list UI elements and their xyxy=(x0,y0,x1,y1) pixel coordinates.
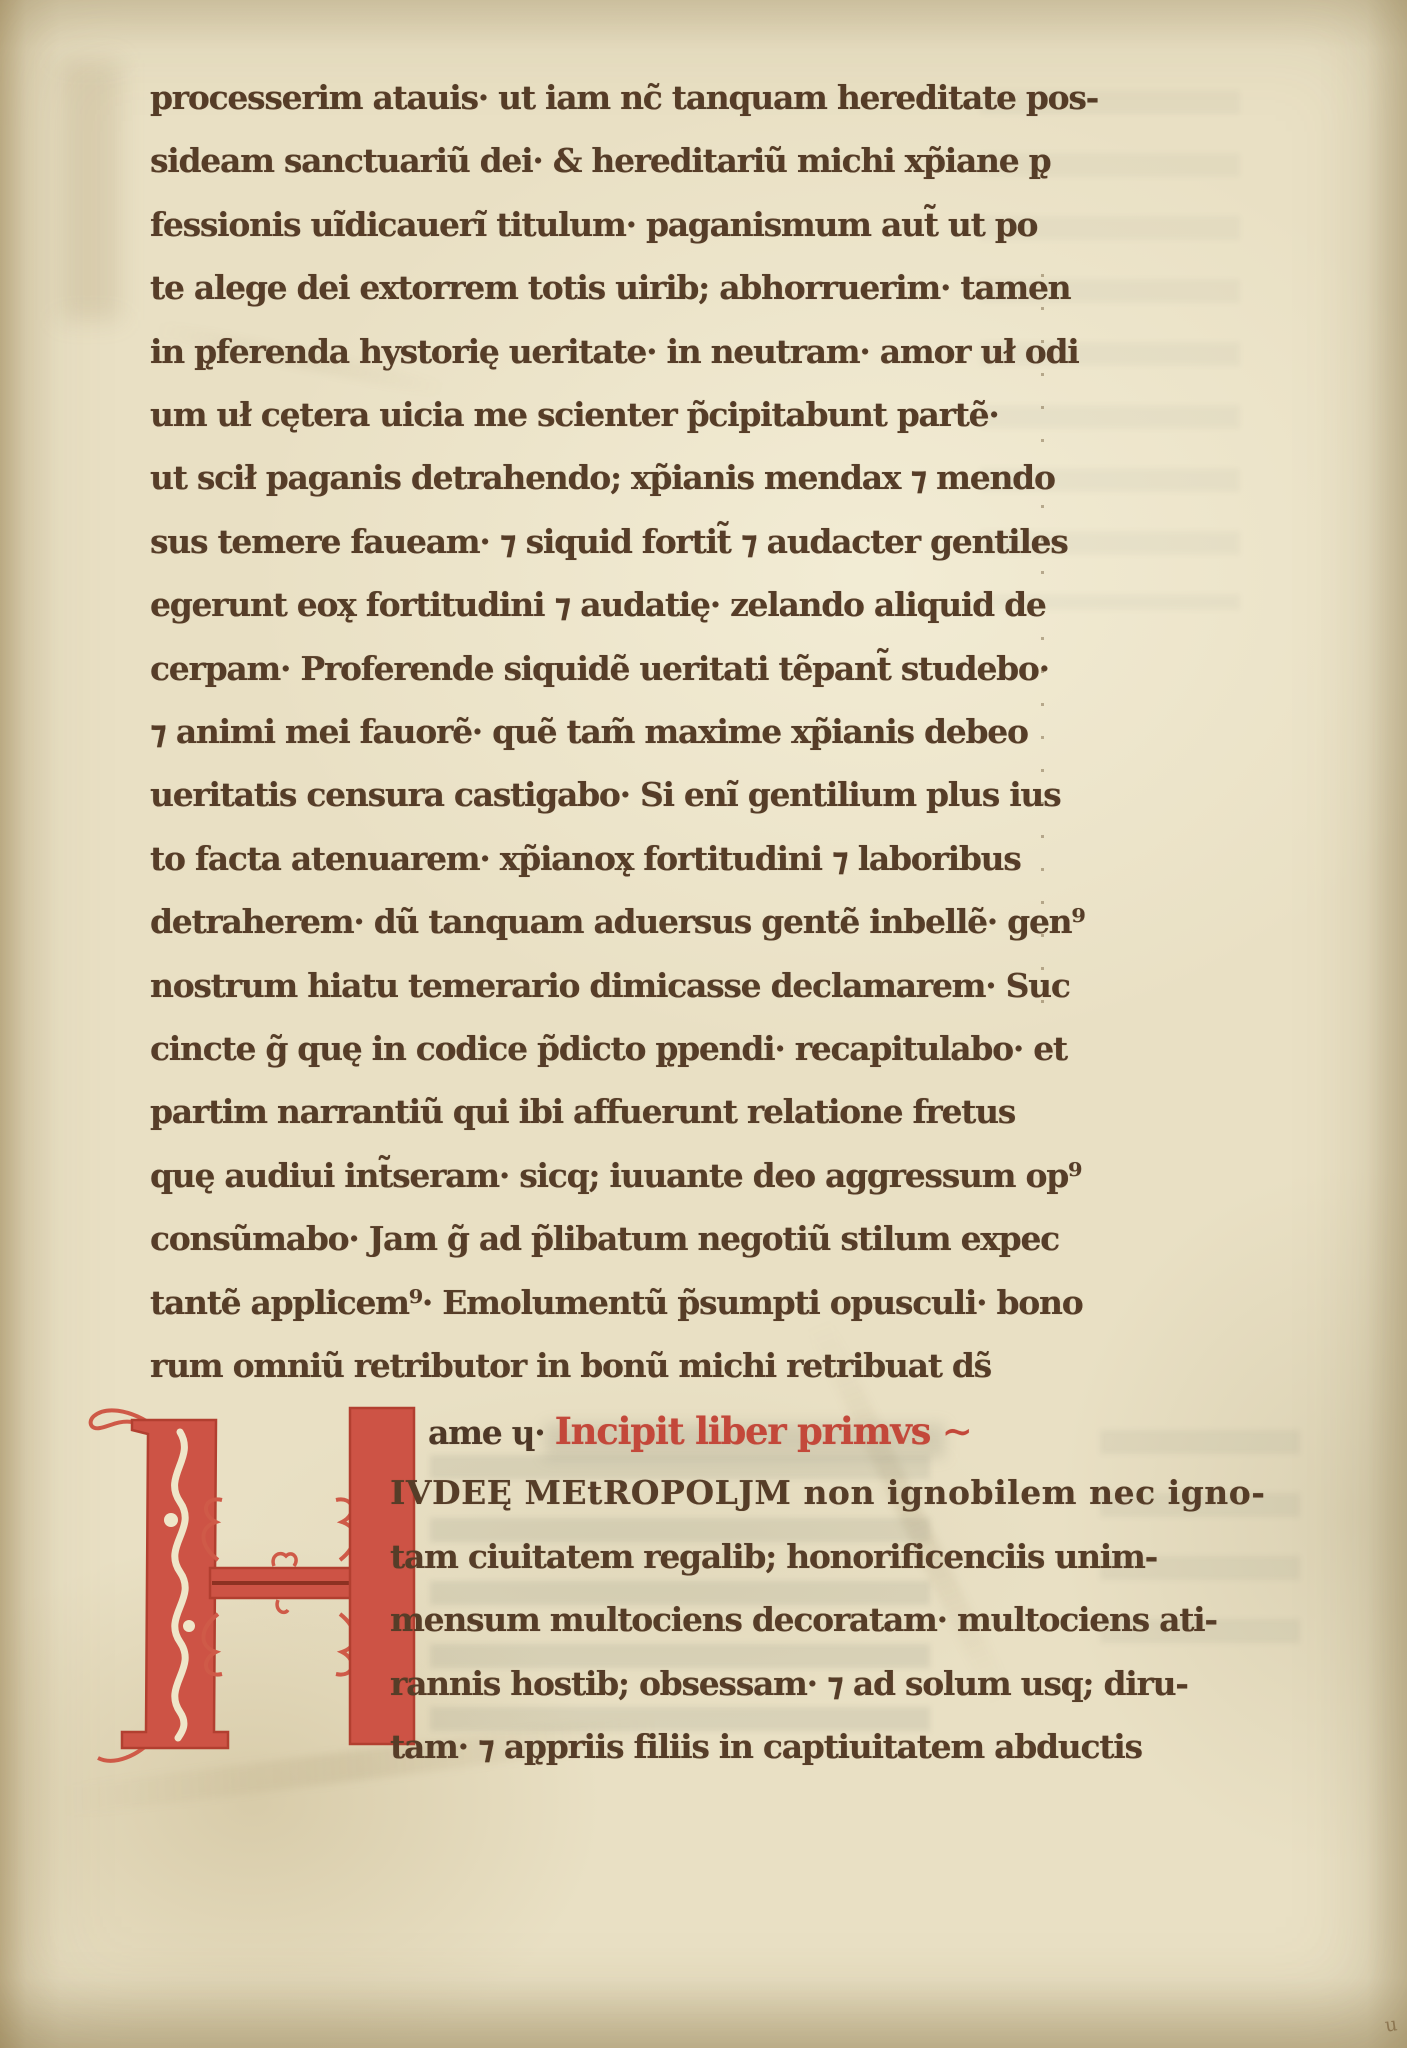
text-line: tam· ⁊ ap̨priis filiis in captiuitatem a… xyxy=(390,1727,1142,1766)
text-line: sus temere faueam· ⁊ siquid fortit̃ ⁊ au… xyxy=(150,522,1068,561)
text-line: tam ciuitatem regalib; honorificenciis u… xyxy=(390,1537,1157,1576)
text-line: egerunt eox̨ fortitudini ⁊ audatię· zela… xyxy=(150,585,1046,624)
decorated-initial-H xyxy=(88,1400,418,1800)
text-line: rannis hostib; obsessam· ⁊ ad solum usq;… xyxy=(390,1664,1188,1703)
text-line: detraherem· dũ tanquam aduersus gentẽ in… xyxy=(150,902,1085,941)
text-line: ⁊ animi mei fauorẽ· quẽ tam̃ maxime xp̃i… xyxy=(150,712,1028,751)
rubric-line: ame ɥ· Incipit liber primvs ∼ xyxy=(428,1409,971,1453)
text-line: in p̨ferenda hystorię ueritate· in neutr… xyxy=(150,332,1078,371)
text-line: processerim atauis· ut iam nc̃ tanquam h… xyxy=(150,78,1098,117)
text-line: um uł cętera uicia me scienter p̃cipitab… xyxy=(150,395,999,434)
text-line: fessionis uı̃dicauerı̃ titulum· paganism… xyxy=(150,205,1037,244)
stain xyxy=(60,60,120,320)
amen-text: ame ɥ· xyxy=(428,1413,544,1452)
text-line: partim narrantiũ qui ibi affuerunt relat… xyxy=(150,1092,1015,1131)
text-line: consũmabo· Jam g̃ ad p̃libatum negotiũ s… xyxy=(150,1219,1059,1258)
corner-pen-mark: u xyxy=(1383,2013,1398,2036)
text-line: to facta atenuarem· xp̃ianox̨ fortitudin… xyxy=(150,839,1021,878)
text-line: cincte g̃ quę in codice p̃dicto p̨pendi·… xyxy=(150,1029,1067,1068)
text-line: cerpam· Proferende siquidẽ ueritati tẽpa… xyxy=(150,649,1049,688)
text-line: rum omniũ retributor in bonũ michi retri… xyxy=(150,1346,991,1385)
text-line: mensum multociens decoratam· multociens … xyxy=(390,1600,1217,1639)
text-line: ueritatis censura castigabo· Si enı̃ gen… xyxy=(150,775,1060,814)
manuscript-page: processerim atauis· ut iam nc̃ tanquam h… xyxy=(0,0,1407,2048)
text-line: IVDEĘ MEtROPOLJM non ignobilem nec igno- xyxy=(390,1473,1265,1512)
text-line: ut scił paganis detrahendo; xp̃ianis men… xyxy=(150,458,1055,497)
incipit-rubric: Incipit liber primvs ∼ xyxy=(555,1409,972,1453)
text-line: tantẽ applicem⁹· Emolumentũ p̃sumpti opu… xyxy=(150,1283,1082,1322)
text-line: nostrum hiatu temerario dimicasse declam… xyxy=(150,966,1070,1005)
text-line: sideam sanctuariũ dei· & hereditariũ mic… xyxy=(150,141,1050,180)
text-line: quę audiui int̃seram· sicq; iuuante deo … xyxy=(150,1156,1081,1195)
text-line: te alege dei extorrem totis uirib; abhor… xyxy=(150,268,1070,307)
